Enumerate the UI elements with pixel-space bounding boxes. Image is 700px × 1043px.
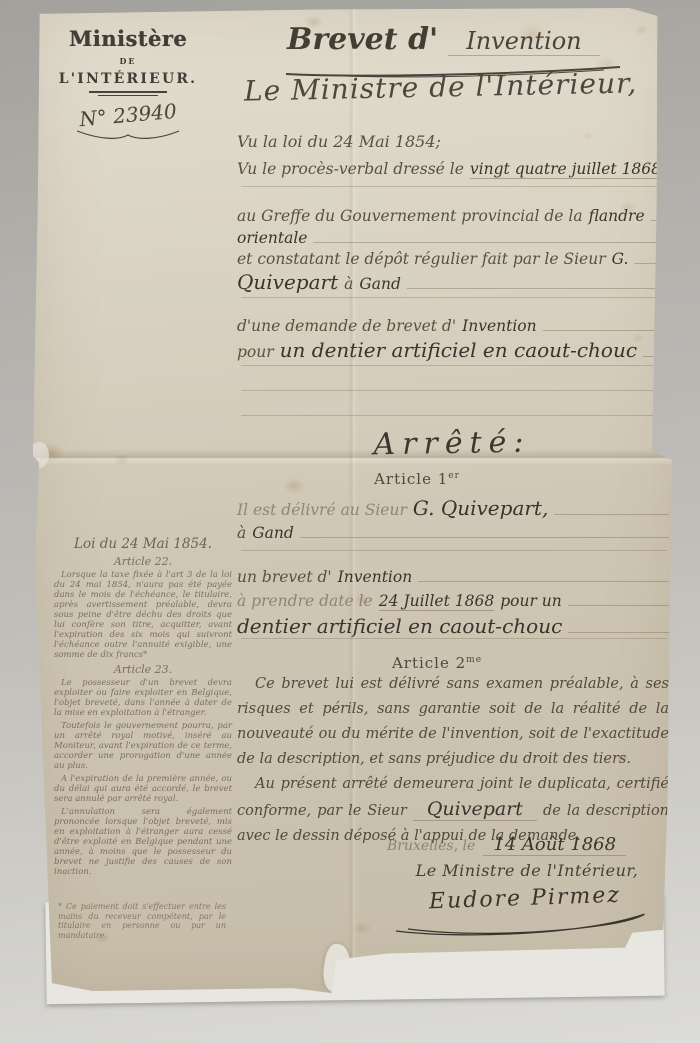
closing-line: Le Ministre de l'Intérieur, [382, 861, 672, 880]
ruled-line [407, 274, 669, 289]
delivre-printed: Il est délivré au Sieur [237, 501, 407, 519]
clause-brevet: un brevet d' Invention [237, 567, 669, 586]
demande-printed: d'une demande de brevet d' [237, 317, 456, 335]
article23-paragraph3: A l'expiration de la première année, ou … [54, 774, 232, 804]
ruled-line [634, 249, 669, 264]
ruled-line [568, 618, 669, 633]
city-written-2: Gand [252, 524, 294, 542]
ministry-de: DE [52, 56, 204, 66]
letterhead-rule-thin [98, 95, 158, 96]
ruled-line [241, 550, 667, 551]
dateline: Bruxelles, le 14 Août 1868 [387, 834, 669, 856]
date-printed2: pour un [500, 592, 562, 610]
patent-number: N° 23940 [51, 96, 205, 133]
signing-date-written: 14 Août 1868 [483, 834, 626, 856]
article22-text: Lorsque la taxe fixée à l'art 3 de la lo… [54, 570, 232, 660]
clause-greffe: au Greffe du Gouvernement provincial de … [237, 206, 669, 225]
brevet-written: Invention [338, 568, 413, 586]
ruled-line [418, 567, 669, 582]
clause-name: Quivepart à Gand [237, 270, 669, 294]
article23-paragraph1: Le possesseur d'un brevet devra exploite… [54, 678, 232, 718]
objet-printed: pour [237, 343, 274, 361]
clause-orientale: orientale [237, 228, 669, 247]
demande-written: Invention [462, 317, 537, 335]
article1-text: Article 1 [374, 470, 448, 488]
ruled-line [643, 342, 669, 357]
inventor-name-written: Quivepart [237, 270, 338, 294]
letterhead-rule-thick [89, 91, 167, 93]
clause-date: à prendre date le 24 Juillet 1868 pour u… [237, 591, 669, 611]
article1-sup: er [448, 471, 460, 481]
objet-written: un dentier artificiel en caout-chouc [280, 338, 637, 362]
ruled-line [543, 316, 669, 331]
ruled-line [241, 186, 667, 187]
law-column: Loi du 24 Mai 1854. Article 22. Lorsque … [54, 536, 232, 880]
document-paper: Ministère DE L'INTÉRIEUR. N° 23940 Breve… [32, 8, 674, 996]
ruled-line [667, 159, 669, 174]
pv-printed: Vu le procès-verbal dressé le [237, 160, 464, 178]
date-written: 24 Juillet 1868 [379, 592, 495, 611]
place-printed: Bruxelles, le [387, 838, 475, 854]
clause-proces-verbal: Vu le procès-verbal dressé le vingt quat… [237, 159, 669, 179]
law-heading: Loi du 24 Mai 1854. [54, 536, 232, 552]
ruled-line [568, 591, 669, 606]
article23-paragraph4: L'annulation sera également prononcée lo… [54, 807, 232, 877]
signature-block: Eudore Pirmez [380, 886, 670, 941]
province-written-2: orientale [237, 229, 307, 247]
left-edge-tear [29, 442, 49, 468]
article22-label: Article 22. [54, 555, 232, 568]
pv-date-written: vingt quatre juillet 1868 [470, 160, 661, 179]
initial-written: G. [612, 250, 629, 268]
province-written: flandre [589, 207, 645, 225]
clause-law: Vu la loi du 24 Mai 1854; [237, 132, 669, 151]
article2-paragraph1: Ce brevet lui est délivré sans examen pr… [237, 672, 669, 772]
ministry-name: Ministère [52, 26, 204, 51]
depot-printed: et constatant le dépôt régulier fait par… [237, 250, 606, 268]
date-printed: à prendre date le [237, 592, 373, 610]
grantee-name-written: G. Quivepart, [413, 496, 548, 520]
article2-body: Ce brevet lui est délivré sans examen pr… [237, 672, 669, 849]
city-written: Gand [359, 275, 401, 293]
at-printed: à [344, 275, 353, 293]
arrete-heading: Arrêté: [237, 422, 668, 464]
objet2-written: dentier artificiel en caout-chouc [237, 614, 562, 638]
photo-background: Ministère DE L'INTÉRIEUR. N° 23940 Breve… [0, 0, 700, 1043]
brevet-printed: un brevet d' [237, 568, 332, 586]
ruled-line [241, 390, 667, 391]
law-line: Vu la loi du 24 Mai 1854; [237, 132, 441, 151]
clause-demande: d'une demande de brevet d' Invention [237, 316, 669, 335]
para2-name-written: Quivepart [413, 798, 537, 821]
at-printed-2: à [237, 524, 246, 542]
ministry-interieur: L'INTÉRIEUR. [52, 71, 204, 87]
ruled-line [651, 206, 669, 221]
clause-objet: pour un dentier artificiel en caout-chou… [237, 338, 669, 362]
clause-objet-2: dentier artificiel en caout-chouc [237, 614, 669, 638]
document-title: Brevet d' Invention [287, 22, 667, 57]
article2-sup: me [466, 655, 482, 665]
clause-depot: et constatant le dépôt régulier fait par… [237, 249, 669, 268]
article1-label: Article 1er [352, 470, 482, 488]
clause-gand: à Gand [237, 523, 669, 542]
article23-label: Article 23. [54, 663, 232, 676]
signature-text: Eudore Pirmez [429, 883, 622, 915]
ruled-line [554, 500, 669, 515]
article2-text: Article 2 [392, 654, 466, 672]
law-footnote: * Ce paiement doit s'effectuer entre les… [58, 902, 226, 940]
ruled-line [241, 365, 667, 366]
article23-paragraph2: Toutefois le gouvernement pourra, par un… [54, 721, 232, 771]
title-written: Invention [448, 27, 599, 56]
letterhead: Ministère DE L'INTÉRIEUR. N° 23940 [52, 26, 204, 141]
article2-label: Article 2me [372, 654, 502, 672]
greffe-printed: au Greffe du Gouvernement provincial de … [237, 207, 583, 225]
number-flourish [73, 129, 183, 141]
clause-delivre: Il est délivré au Sieur G. Quivepart, [237, 496, 669, 520]
ruled-line [241, 297, 667, 298]
title-printed: Brevet d' [287, 22, 438, 57]
ruled-line [313, 228, 669, 243]
ruled-line [300, 523, 669, 538]
ruled-line [241, 415, 667, 416]
ruled-line [241, 638, 667, 639]
